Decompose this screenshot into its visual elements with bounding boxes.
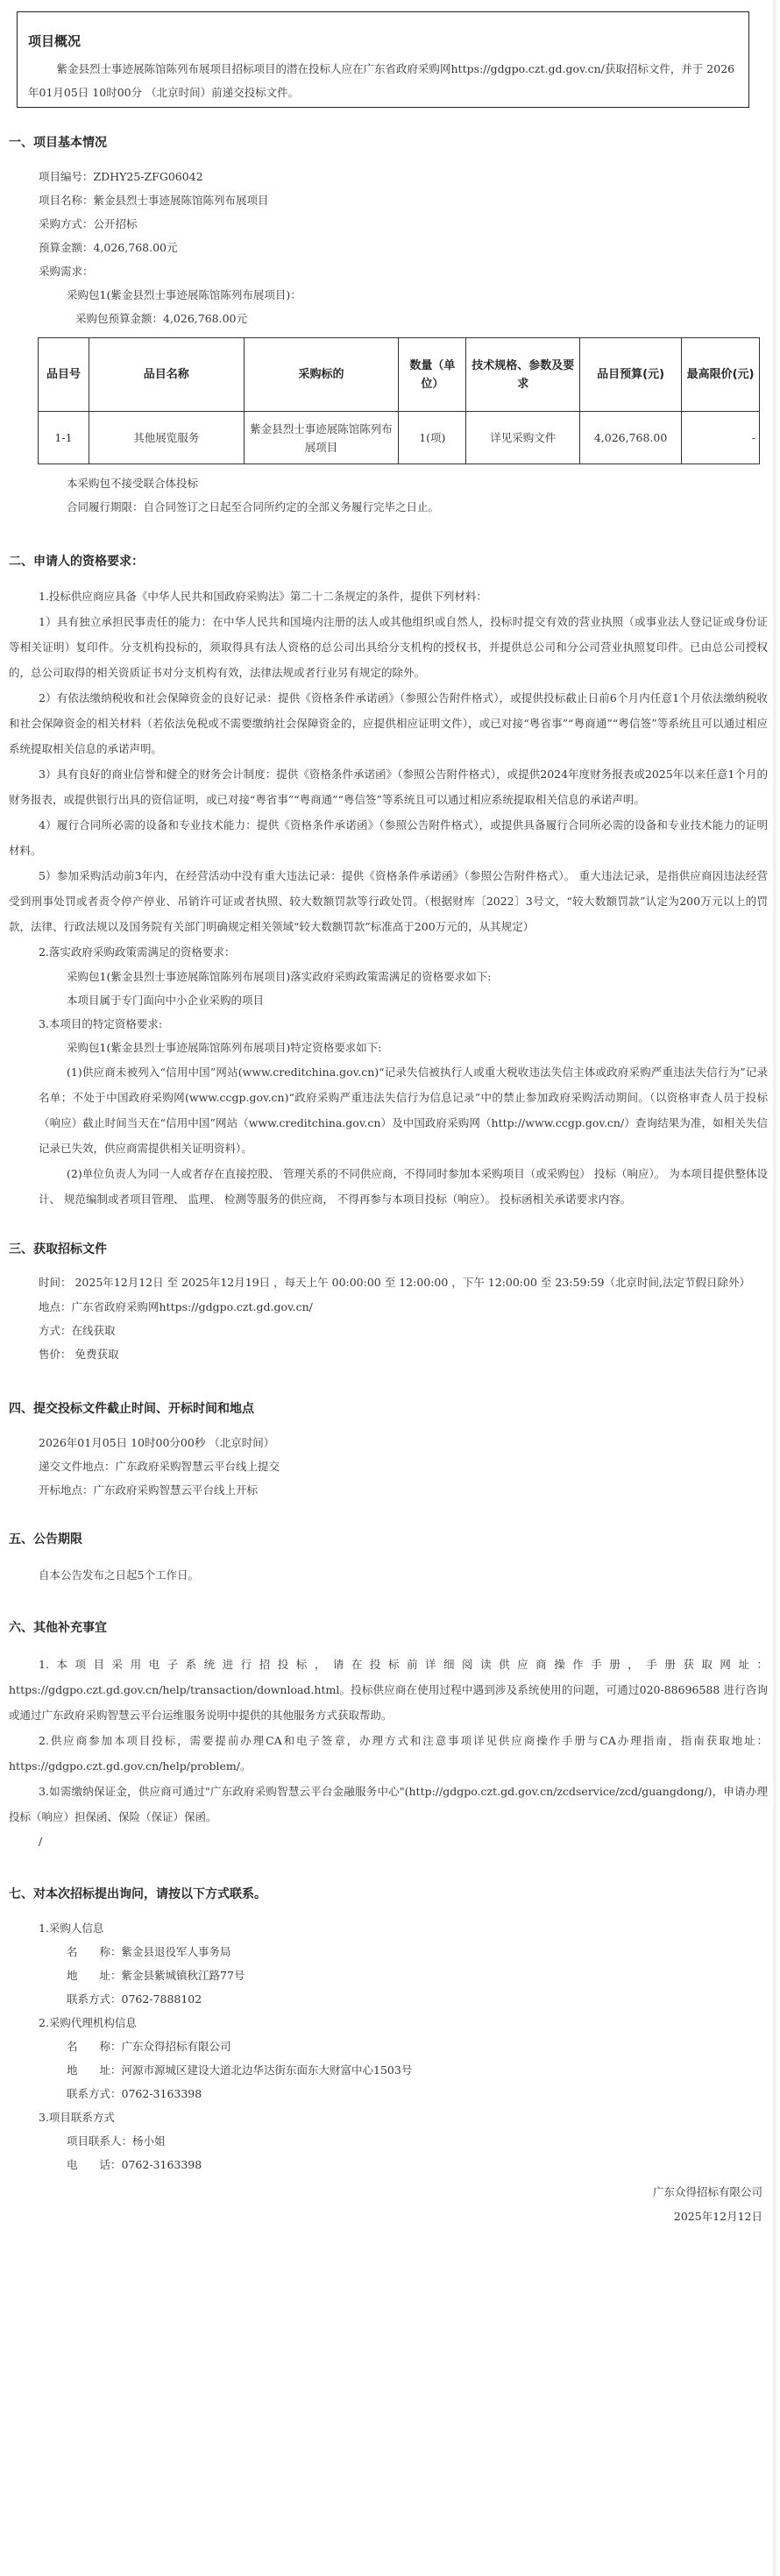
obtain-place: 地点：广东省政府采购网https://gdgpo.czt.gd.gov.cn/ bbox=[9, 1295, 768, 1319]
buyer-address: 地 址：紫金县紫城镇秋江路77号 bbox=[9, 1964, 768, 1987]
qualification-1: 1.投标供应商应具备《中华人民共和国政府采购法》第二十二条规定的条件，提供下列材… bbox=[9, 584, 768, 609]
section-notice-period: 五、公告期限 自本公告发布之日起5个工作日。 bbox=[9, 1528, 768, 1587]
section-obtain-documents: 三、获取招标文件 时间： 2025年12月12日 至 2025年12月19日 ，… bbox=[9, 1238, 768, 1366]
slash-placeholder: / bbox=[9, 1829, 768, 1853]
section-contacts: 七、对本次招标提出询问，请按以下方式联系。 1.采购人信息 名 称：紫金县退役军… bbox=[9, 1883, 768, 2176]
cell-item-name: 其他展览服务 bbox=[89, 412, 244, 464]
obtain-method: 方式：在线获取 bbox=[9, 1319, 768, 1342]
cell-budget: 4,026,768.00 bbox=[580, 412, 682, 464]
section-heading: 一、项目基本情况 bbox=[9, 131, 768, 154]
contract-period: 合同履行期限：自合同签订之日起至合同所约定的全部义务履行完毕之日止。 bbox=[9, 495, 768, 519]
qualification-2: 2.落实政府采购政策需满足的资格要求： bbox=[9, 939, 768, 965]
project-name: 项目名称：紫金县烈士事迹展陈馆陈列布展项目 bbox=[9, 188, 768, 212]
section-heading: 五、公告期限 bbox=[9, 1528, 768, 1551]
buyer-name: 名 称：紫金县退役军人事务局 bbox=[9, 1940, 768, 1964]
sme-note: 本项目属于专门面向中小企业采购的项目 bbox=[9, 988, 768, 1012]
specific-package: 采购包1(紫金县烈士事迹展陈馆陈列布展项目)特定资格要求如下: bbox=[9, 1036, 768, 1059]
col-quantity: 数量（单位） bbox=[399, 338, 466, 412]
cell-subject: 紫金县烈士事迹展陈馆陈列布展项目 bbox=[244, 412, 399, 464]
signature-block: 广东众得招标有限公司 2025年12月12日 bbox=[9, 2180, 768, 2229]
package-title: 采购包1(紫金县烈士事迹展陈馆陈列布展项目)： bbox=[9, 283, 768, 307]
section-other-matters: 六、其他补充事宜 1.本项目采用电子系统进行招投标，请在投标前详细阅读供应商操作… bbox=[9, 1617, 768, 1853]
policy-package: 采购包1(紫金县烈士事迹展陈馆陈列布展项目)落实政府采购政策需满足的资格要求如下… bbox=[9, 965, 768, 988]
agency-contact: 联系方式：0762-3163398 bbox=[9, 2082, 768, 2105]
obtain-time: 时间： 2025年12月12日 至 2025年12月19日 ，每天上午 00:0… bbox=[9, 1270, 768, 1295]
qualification-3: 3.本项目的特定资格要求: bbox=[9, 1012, 768, 1036]
procurement-demand-label: 采购需求： bbox=[9, 259, 768, 283]
qualification-1-4: 4）履行合同所必需的设备和专业技术能力：提供《资格条件承诺函》（参照公告附件格式… bbox=[9, 812, 768, 863]
project-contact-title: 3.项目联系方式 bbox=[9, 2105, 768, 2129]
qualification-1-1: 1）具有独立承担民事责任的能力：在中华人民共和国境内注册的法人或其他组织或自然人… bbox=[9, 609, 768, 685]
col-budget: 品目预算(元) bbox=[580, 338, 682, 412]
section-heading: 二、申请人的资格要求： bbox=[9, 550, 768, 573]
procurement-method: 采购方式：公开招标 bbox=[9, 212, 768, 236]
cell-quantity: 1(项) bbox=[399, 412, 466, 464]
qualification-1-2: 2）有依法缴纳税收和社会保障资金的良好记录：提供《资格条件承诺函》（参照公告附件… bbox=[9, 685, 768, 761]
section-heading: 七、对本次招标提出询问，请按以下方式联系。 bbox=[9, 1883, 768, 1906]
section-qualifications: 二、申请人的资格要求： 1.投标供应商应具备《中华人民共和国政府采购法》第二十二… bbox=[9, 550, 768, 1212]
section-heading: 三、获取招标文件 bbox=[9, 1238, 768, 1261]
section-deadline: 四、提交投标文件截止时间、开标时间和地点 2026年01月05日 10时00分0… bbox=[9, 1398, 768, 1502]
cell-max-price: - bbox=[682, 412, 760, 464]
col-item-name: 品目名称 bbox=[89, 338, 244, 412]
notice-period-text: 自本公告发布之日起5个工作日。 bbox=[9, 1563, 768, 1587]
section-basic-info: 一、项目基本情况 项目编号：ZDHY25-ZFG06042 项目名称：紫金县烈士… bbox=[9, 131, 768, 519]
opening-place: 开标地点：广东政府采购智慧云平台线上开标 bbox=[9, 1478, 768, 1502]
col-item-no: 品目号 bbox=[39, 338, 89, 412]
col-spec: 技术规格、参数及要求 bbox=[466, 338, 580, 412]
other-matter-3: 3.如需缴纳保证金，供应商可通过"广东政府采购智慧云平台金融服务中心"(http… bbox=[9, 1779, 768, 1829]
items-table: 品目号 品目名称 采购标的 数量（单位） 技术规格、参数及要求 品目预算(元) … bbox=[38, 337, 760, 464]
qualification-1-5: 5）参加采购活动前3年内，在经营活动中没有重大违法记录：提供《资格条件承诺函》（… bbox=[9, 863, 768, 939]
project-overview-box: 项目概况 紫金县烈士事迹展陈馆陈列布展项目招标项目的潜在投标人应在广东省政府采购… bbox=[17, 11, 749, 108]
other-matter-2: 2.供应商参加本项目投标，需要提前办理CA和电子签章，办理方式和注意事项详见供应… bbox=[9, 1728, 768, 1779]
agency-name: 名 称：广东众得招标有限公司 bbox=[9, 2035, 768, 2058]
agency-info-title: 2.采购代理机构信息 bbox=[9, 2011, 768, 2035]
project-contact-phone: 电 话：0762-3163398 bbox=[9, 2153, 768, 2176]
scrollbar-track[interactable] bbox=[773, 0, 776, 2576]
section-heading: 四、提交投标文件截止时间、开标时间和地点 bbox=[9, 1398, 768, 1420]
no-consortium-note: 本采购包不接受联合体投标 bbox=[9, 471, 768, 495]
specific-requirement-1: (1)供应商未被列入“信用中国”网站(www.creditchina.gov.c… bbox=[9, 1059, 768, 1161]
signature-date: 2025年12月12日 bbox=[9, 2204, 768, 2229]
buyer-info-title: 1.采购人信息 bbox=[9, 1916, 768, 1940]
submit-place: 递交文件地点：广东政府采购智慧云平台线上提交 bbox=[9, 1454, 768, 1478]
section-heading: 六、其他补充事宜 bbox=[9, 1617, 768, 1639]
buyer-contact: 联系方式：0762-7888102 bbox=[9, 1987, 768, 2011]
project-contact-person: 项目联系人：杨小姐 bbox=[9, 2129, 768, 2153]
budget-amount: 预算金额：4,026,768.00元 bbox=[9, 236, 768, 259]
col-max-price: 最高限价(元) bbox=[682, 338, 760, 412]
package-budget: 采购包预算金额：4,026,768.00元 bbox=[9, 307, 768, 330]
announcement-page: 项目概况 紫金县烈士事迹展陈馆陈列布展项目招标项目的潜在投标人应在广东省政府采购… bbox=[0, 0, 776, 2576]
specific-requirement-2: (2)单位负责人为同一人或者存在直接控股、 管理关系的不同供应商，不得同时参加本… bbox=[9, 1161, 768, 1212]
project-number: 项目编号：ZDHY25-ZFG06042 bbox=[9, 165, 768, 188]
signature-company: 广东众得招标有限公司 bbox=[9, 2180, 768, 2204]
deadline-time: 2026年01月05日 10时00分00秒 （北京时间） bbox=[9, 1431, 768, 1454]
overview-title: 项目概况 bbox=[28, 32, 738, 50]
agency-address: 地 址：河源市源城区建设大道北边华达街东面东大财富中心1503号 bbox=[9, 2058, 768, 2082]
table-header-row: 品目号 品目名称 采购标的 数量（单位） 技术规格、参数及要求 品目预算(元) … bbox=[39, 338, 760, 412]
other-matter-1: 1.本项目采用电子系统进行招投标，请在投标前详细阅读供应商操作手册，手册获取网址… bbox=[9, 1652, 768, 1728]
table-row: 1-1 其他展览服务 紫金县烈士事迹展陈馆陈列布展项目 1(项) 详见采购文件 … bbox=[39, 412, 760, 464]
obtain-price: 售价： 免费获取 bbox=[9, 1342, 768, 1366]
cell-item-no: 1-1 bbox=[39, 412, 89, 464]
col-subject: 采购标的 bbox=[244, 338, 399, 412]
overview-text: 紫金县烈士事迹展陈馆陈列布展项目招标项目的潜在投标人应在广东省政府采购网http… bbox=[28, 57, 738, 104]
announcement-body: 一、项目基本情况 项目编号：ZDHY25-ZFG06042 项目名称：紫金县烈士… bbox=[9, 131, 768, 2229]
cell-spec: 详见采购文件 bbox=[466, 412, 580, 464]
qualification-1-3: 3）具有良好的商业信誉和健全的财务会计制度：提供《资格条件承诺函》（参照公告附件… bbox=[9, 761, 768, 812]
